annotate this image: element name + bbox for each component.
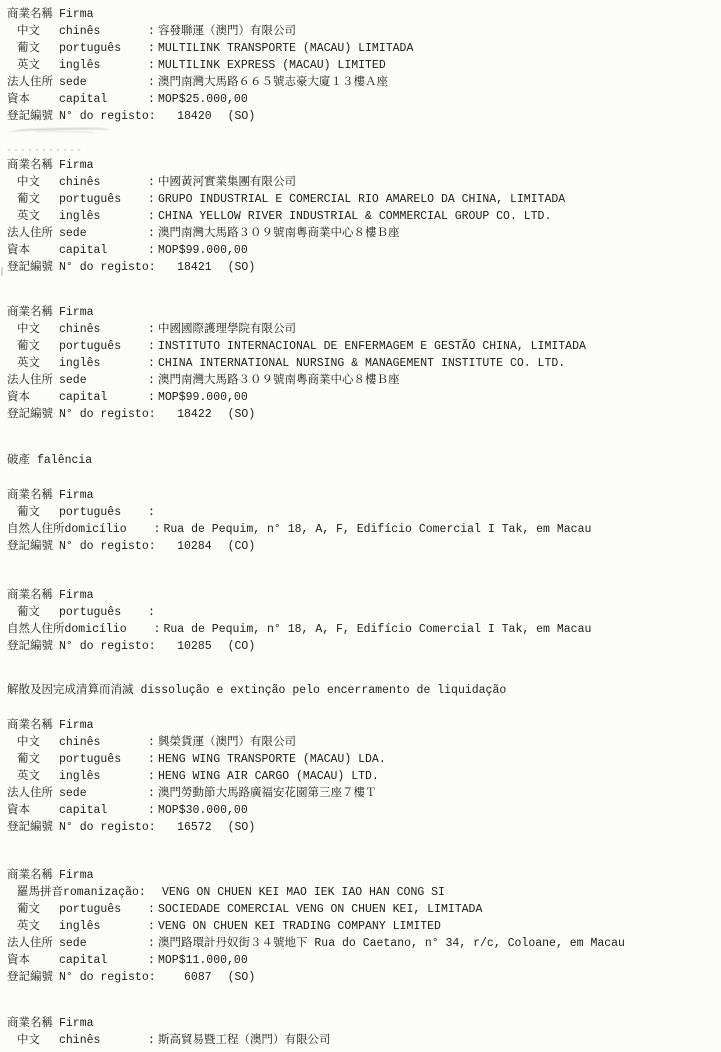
label-zh: 葡文 [7, 751, 59, 768]
colon-separator: : [148, 242, 158, 259]
section-heading-portuguese: dissolução e extinção pelo encerramento … [141, 684, 507, 697]
label-pt: inglês [59, 768, 148, 785]
label-zh: 英文 [7, 208, 59, 225]
colon-separator: : [148, 225, 158, 242]
registo-suffix: (SO) [228, 108, 256, 125]
field-row: 商業名稱Firma [7, 587, 721, 604]
field-value: VENG ON CHUEN KEI TRADING COMPANY LIMITE… [158, 918, 721, 935]
label-pt: Firma [59, 867, 148, 884]
field-value: GRUPO INDUSTRIAL E COMERCIAL RIO AMARELO… [158, 191, 721, 208]
colon-separator: : [148, 389, 158, 406]
colon-separator: : [148, 1032, 158, 1049]
colon-separator: : [154, 521, 164, 538]
label-zh: 法人住所 [7, 372, 59, 389]
colon-separator: : [148, 918, 158, 935]
field-row: 葡文português:HENG WING TRANSPORTE (MACAU)… [7, 751, 721, 768]
label-zh: 英文 [7, 918, 59, 935]
label-pt: chinês [59, 23, 148, 40]
label-pt-registo: N° do registo: [59, 259, 156, 276]
label-pt: capital [59, 242, 148, 259]
label-zh: 法人住所 [7, 225, 59, 242]
registo-number: 6087 [168, 969, 212, 986]
section-heading-portuguese: falência [37, 454, 92, 467]
label-zh: 英文 [7, 768, 59, 785]
colon-separator: : [148, 338, 158, 355]
scan-smudge-artifact [34, 130, 96, 136]
label-pt: inglês [59, 57, 148, 74]
field-value: 澳門南灣大馬路３０９號南粵商業中心８樓Ｂ座 [158, 372, 721, 389]
field-value: MULTILINK TRANSPORTE (MACAU) LIMITADA [158, 40, 721, 57]
label-zh: 葡文 [7, 191, 59, 208]
label-pt: português [59, 751, 148, 768]
colon-separator: : [148, 372, 158, 389]
field-value: 澳門勞動節大馬路廣福安花園第三座７樓Ｔ [158, 785, 721, 802]
label-zh: 葡文 [7, 504, 59, 521]
label-zh: 資本 [7, 389, 59, 406]
field-value: INSTITUTO INTERNACIONAL DE ENFERMAGEM E … [158, 338, 721, 355]
field-row: 葡文português: [7, 604, 721, 621]
record-block: 商業名稱Firma葡文português:自然人住所domicílio:Rua … [7, 487, 721, 555]
label-pt: chinês [59, 321, 148, 338]
label-zh: 登記編號 [7, 638, 59, 655]
label-pt: sede [59, 785, 148, 802]
section-heading: 破產falência [7, 452, 92, 469]
label-pt: inglês [59, 355, 148, 372]
colon-separator: : [148, 768, 158, 785]
colon-separator: : [148, 91, 158, 108]
field-row: 商業名稱Firma [7, 487, 721, 504]
colon-separator: : [148, 191, 158, 208]
label-pt: capital [59, 389, 148, 406]
field-value: 澳門路環計丹奴街３４號地下 Rua do Caetano, n° 34, r/c… [158, 935, 721, 952]
label-pt: Firma [59, 1015, 148, 1032]
registo-number: 18421 [168, 259, 212, 276]
label-zh: 中文 [7, 321, 59, 338]
label-zh: 中文 [7, 1032, 59, 1049]
label-pt: domicílio [65, 621, 154, 638]
label-pt: português [59, 338, 148, 355]
field-value: Rua de Pequim, n° 18, A, F, Edifício Com… [164, 621, 721, 638]
label-zh: 自然人住所 [7, 621, 65, 638]
label-pt: português [59, 504, 148, 521]
label-zh: 資本 [7, 91, 59, 108]
field-value: HENG WING AIR CARGO (MACAU) LTD. [158, 768, 721, 785]
record-block: 商業名稱Firma羅馬拼音romanização:VENG ON CHUEN K… [7, 867, 721, 986]
field-value: HENG WING TRANSPORTE (MACAU) LDA. [158, 751, 721, 768]
field-row: 英文inglês:HENG WING AIR CARGO (MACAU) LTD… [7, 768, 721, 785]
label-zh: 資本 [7, 952, 59, 969]
label-zh: 英文 [7, 57, 59, 74]
registo-suffix: (CO) [228, 638, 256, 655]
colon-separator: : [148, 935, 158, 952]
registry-document-page: 商業名稱Firma中文chinês:容發聯運（澳門）有限公司葡文portuguê… [0, 0, 721, 1052]
registo-number: 16572 [168, 819, 212, 836]
label-pt: português [59, 40, 148, 57]
label-pt: romanização: [63, 884, 152, 901]
field-row: 商業名稱Firma [7, 157, 721, 174]
field-row: 中文chinês:中國黃河實業集團有限公司 [7, 174, 721, 191]
record-block: 商業名稱Firma中文chinês:中國國際護理學院有限公司葡文portuguê… [7, 304, 721, 423]
registo-number: 10284 [168, 538, 212, 555]
field-value: MOP$25.000,00 [158, 91, 721, 108]
section-heading-chinese: 解散及因完成清算而消滅 [7, 684, 134, 697]
colon-separator: : [148, 208, 158, 225]
label-zh: 商業名稱 [7, 1015, 59, 1032]
scan-dots-artifact [8, 149, 80, 151]
section-heading-chinese: 破產 [7, 454, 30, 467]
label-zh: 法人住所 [7, 74, 59, 91]
field-row: 自然人住所domicílio:Rua de Pequim, n° 18, A, … [7, 621, 721, 638]
label-pt: português [59, 191, 148, 208]
field-value: MOP$99.000,00 [158, 389, 721, 406]
field-value: MULTILINK EXPRESS (MACAU) LIMITED [158, 57, 721, 74]
field-row: 商業名稱Firma [7, 717, 721, 734]
colon-separator: : [148, 952, 158, 969]
field-value: CHINA YELLOW RIVER INDUSTRIAL & COMMERCI… [158, 208, 721, 225]
label-zh: 登記編號 [7, 259, 59, 276]
label-zh: 登記編號 [7, 969, 59, 986]
record-block: 商業名稱Firma中文chinês:興榮貨運（澳門）有限公司葡文portuguê… [7, 717, 721, 836]
label-pt: sede [59, 935, 148, 952]
field-row: 登記編號N° do registo:18422(SO) [7, 406, 721, 423]
field-row: 商業名稱Firma [7, 304, 721, 321]
field-row: 羅馬拼音romanização:VENG ON CHUEN KEI MAO IE… [7, 884, 721, 901]
field-value: SOCIEDADE COMERCIAL VENG ON CHUEN KEI, L… [158, 901, 721, 918]
label-pt: sede [59, 225, 148, 242]
field-value: VENG ON CHUEN KEI MAO IEK IAO HAN CONG S… [162, 884, 721, 901]
label-zh: 資本 [7, 242, 59, 259]
field-value: 澳門南灣大馬路３０９號南粵商業中心８樓Ｂ座 [158, 225, 721, 242]
colon-separator: : [148, 604, 158, 621]
label-pt: inglês [59, 208, 148, 225]
colon-separator: : [148, 40, 158, 57]
field-row: 英文inglês:VENG ON CHUEN KEI TRADING COMPA… [7, 918, 721, 935]
label-pt: português [59, 604, 148, 621]
field-row: 英文inglês:CHINA YELLOW RIVER INDUSTRIAL &… [7, 208, 721, 225]
label-zh: 羅馬拼音 [7, 884, 63, 901]
label-pt: sede [59, 372, 148, 389]
field-value: 容發聯運（澳門）有限公司 [158, 23, 721, 40]
label-zh: 法人住所 [7, 935, 59, 952]
label-zh: 葡文 [7, 604, 59, 621]
label-zh: 法人住所 [7, 785, 59, 802]
colon-separator: : [148, 734, 158, 751]
field-row: 中文chinês:容發聯運（澳門）有限公司 [7, 23, 721, 40]
colon-separator: : [148, 57, 158, 74]
label-zh: 商業名稱 [7, 587, 59, 604]
field-value: Rua de Pequim, n° 18, A, F, Edifício Com… [164, 521, 721, 538]
field-value: MOP$30.000,00 [158, 802, 721, 819]
label-pt-registo: N° do registo: [59, 638, 156, 655]
field-row: 法人住所sede:澳門南灣大馬路３０９號南粵商業中心８樓Ｂ座 [7, 225, 721, 242]
field-row: 資本capital:MOP$11.000,00 [7, 952, 721, 969]
label-zh: 資本 [7, 802, 59, 819]
field-row: 資本capital:MOP$30.000,00 [7, 802, 721, 819]
label-pt: Firma [59, 304, 148, 321]
record-block: 商業名稱Firma中文chinês:中國黃河實業集團有限公司葡文portuguê… [7, 157, 721, 276]
field-row: 商業名稱Firma [7, 1015, 721, 1032]
section-heading: 解散及因完成清算而消滅dissolução e extinção pelo en… [7, 682, 506, 699]
field-row: 中文chinês:中國國際護理學院有限公司 [7, 321, 721, 338]
label-zh: 商業名稱 [7, 6, 59, 23]
field-row: 英文inglês:CHINA INTERNATIONAL NURSING & M… [7, 355, 721, 372]
label-pt-registo: N° do registo: [59, 819, 156, 836]
field-row: 資本capital:MOP$99.000,00 [7, 389, 721, 406]
label-zh: 商業名稱 [7, 867, 59, 884]
field-row: 法人住所sede:澳門南灣大馬路３０９號南粵商業中心８樓Ｂ座 [7, 372, 721, 389]
label-zh: 中文 [7, 734, 59, 751]
field-row: 中文chinês:斯高貿易暨工程（澳門）有限公司 [7, 1032, 721, 1049]
label-pt: Firma [59, 6, 148, 23]
label-pt-registo: N° do registo: [59, 406, 156, 423]
colon-separator: : [148, 321, 158, 338]
colon-separator: : [148, 23, 158, 40]
label-zh: 登記編號 [7, 108, 59, 125]
field-value: 澳門南灣大馬路６６５號志豪大廈１３樓Ａ座 [158, 74, 721, 91]
field-value: 斯高貿易暨工程（澳門）有限公司 [158, 1032, 721, 1049]
label-pt: chinês [59, 734, 148, 751]
field-row: 英文inglês:MULTILINK EXPRESS (MACAU) LIMIT… [7, 57, 721, 74]
field-value: 中國國際護理學院有限公司 [158, 321, 721, 338]
label-pt: domicílio [65, 521, 154, 538]
label-zh: 商業名稱 [7, 717, 59, 734]
label-zh: 中文 [7, 174, 59, 191]
label-pt-registo: N° do registo: [59, 969, 156, 986]
label-zh: 商業名稱 [7, 487, 59, 504]
registo-suffix: (SO) [228, 819, 256, 836]
label-zh: 登記編號 [7, 819, 59, 836]
record-block: 商業名稱Firma葡文português:自然人住所domicílio:Rua … [7, 587, 721, 655]
field-row: 法人住所sede:澳門勞動節大馬路廣福安花園第三座７樓Ｔ [7, 785, 721, 802]
colon-separator: : [148, 785, 158, 802]
label-zh: 登記編號 [7, 406, 59, 423]
field-row: 葡文português:SOCIEDADE COMERCIAL VENG ON … [7, 901, 721, 918]
label-pt: capital [59, 802, 148, 819]
label-pt: capital [59, 91, 148, 108]
field-row: 登記編號N° do registo:18421(SO) [7, 259, 721, 276]
label-pt: sede [59, 74, 148, 91]
scan-tick-artifact [1, 267, 3, 276]
colon-separator: : [148, 504, 158, 521]
label-zh: 商業名稱 [7, 157, 59, 174]
label-pt-registo: N° do registo: [59, 108, 156, 125]
colon-separator: : [148, 74, 158, 91]
label-pt: chinês [59, 174, 148, 191]
field-value: MOP$11.000,00 [158, 952, 721, 969]
label-zh: 商業名稱 [7, 304, 59, 321]
label-pt: capital [59, 952, 148, 969]
label-pt: Firma [59, 157, 148, 174]
field-row: 葡文português: [7, 504, 721, 521]
record-block: 商業名稱Firma中文chinês:容發聯運（澳門）有限公司葡文portuguê… [7, 6, 721, 125]
field-row: 商業名稱Firma [7, 6, 721, 23]
label-pt: Firma [59, 587, 148, 604]
record-block: 商業名稱Firma中文chinês:斯高貿易暨工程（澳門）有限公司 [7, 1015, 721, 1049]
registo-suffix: (CO) [228, 538, 256, 555]
registo-suffix: (SO) [228, 969, 256, 986]
field-row: 資本capital:MOP$25.000,00 [7, 91, 721, 108]
label-zh: 登記編號 [7, 538, 59, 555]
field-row: 登記編號N° do registo:6087(SO) [7, 969, 721, 986]
registo-number: 18422 [168, 406, 212, 423]
field-row: 登記編號N° do registo:10285(CO) [7, 638, 721, 655]
field-row: 商業名稱Firma [7, 867, 721, 884]
colon-separator: : [154, 621, 164, 638]
label-pt: português [59, 901, 148, 918]
label-zh: 葡文 [7, 40, 59, 57]
field-row: 登記編號N° do registo:18420(SO) [7, 108, 721, 125]
field-row: 登記編號N° do registo:10284(CO) [7, 538, 721, 555]
field-value: MOP$99.000,00 [158, 242, 721, 259]
registo-number: 18420 [168, 108, 212, 125]
colon-separator: : [148, 174, 158, 191]
field-row: 葡文português:INSTITUTO INTERNACIONAL DE E… [7, 338, 721, 355]
label-pt: chinês [59, 1032, 148, 1049]
colon-separator: : [148, 901, 158, 918]
field-row: 法人住所sede:澳門南灣大馬路６６５號志豪大廈１３樓Ａ座 [7, 74, 721, 91]
label-zh: 英文 [7, 355, 59, 372]
field-row: 葡文português:MULTILINK TRANSPORTE (MACAU)… [7, 40, 721, 57]
registo-number: 10285 [168, 638, 212, 655]
field-row: 自然人住所domicílio:Rua de Pequim, n° 18, A, … [7, 521, 721, 538]
field-value: CHINA INTERNATIONAL NURSING & MANAGEMENT… [158, 355, 721, 372]
field-value: 中國黃河實業集團有限公司 [158, 174, 721, 191]
field-row: 資本capital:MOP$99.000,00 [7, 242, 721, 259]
registo-suffix: (SO) [228, 259, 256, 276]
field-value: 興榮貨運（澳門）有限公司 [158, 734, 721, 751]
label-zh: 中文 [7, 23, 59, 40]
label-pt: Firma [59, 487, 148, 504]
label-zh: 自然人住所 [7, 521, 65, 538]
field-row: 法人住所sede:澳門路環計丹奴街３４號地下 Rua do Caetano, n… [7, 935, 721, 952]
colon-separator: : [148, 802, 158, 819]
colon-separator: : [148, 355, 158, 372]
field-row: 登記編號N° do registo:16572(SO) [7, 819, 721, 836]
colon-separator: : [148, 751, 158, 768]
label-zh: 葡文 [7, 901, 59, 918]
label-pt-registo: N° do registo: [59, 538, 156, 555]
field-row: 中文chinês:興榮貨運（澳門）有限公司 [7, 734, 721, 751]
label-pt: inglês [59, 918, 148, 935]
field-row: 葡文português:GRUPO INDUSTRIAL E COMERCIAL… [7, 191, 721, 208]
registo-suffix: (SO) [228, 406, 256, 423]
label-zh: 葡文 [7, 338, 59, 355]
label-pt: Firma [59, 717, 148, 734]
